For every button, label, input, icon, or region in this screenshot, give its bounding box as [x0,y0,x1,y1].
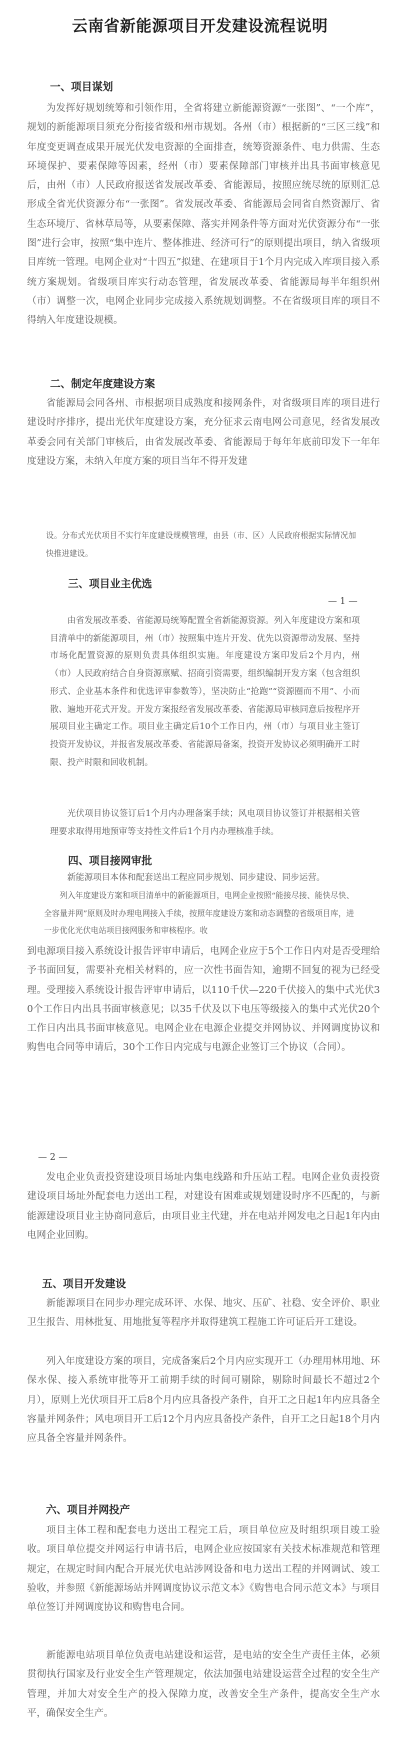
document-page: 云南省新能源项目开发建设流程说明 一、项目谋划 为发挥好规划统筹和引领作用，全省… [0,0,400,1748]
section-heading-1: 一、项目谋划 [50,79,113,94]
section-heading-6: 六、项目并网投产 [46,1502,130,1517]
section-4-paragraph-2: 列入年度建设方案和项目清单中的新能源项目，电网企业按照“能接尽接、能快尽快、全容… [44,887,354,940]
section-2-paragraph-2: 设。分布式光伏项目不实行年度建设规模管理，由县（市、区）人民政府根据实际情况加快… [46,527,356,562]
section-heading-3: 三、项目业主优选 [68,576,152,591]
section-heading-2: 二、制定年度建设方案 [50,376,155,391]
section-4-paragraph-3: 到电源项目接入系统设计报告评审申请后，电网企业应于5个工作日内对是否受理给予书面… [27,942,380,1058]
section-4-paragraph-4: 发电企业负责投资建设项目场址内集电线路和升压站工程。电网企业负责投资建设项目场址… [27,1168,380,1245]
page-number-2: — 2 — [38,1153,67,1163]
section-5-paragraph-1: 新能源项目在同步办理完成环评、水保、地灾、压矿、社稳、安全评价、职业卫生报告、用… [27,1294,380,1333]
section-1-paragraph-1: 为发挥好规划统筹和引领作用，全省将建立新能源资源“一张图”、“一个库”，规划的新… [27,99,380,331]
page-number-1: — 1 — [328,597,357,607]
document-title: 云南省新能源项目开发建设流程说明 [0,14,400,36]
section-4-paragraph-1: 新能源项目本体和配套送出工程应同步规划、同步建设、同步运营。 [50,870,360,888]
section-6-paragraph-1: 项目主体工程和配套电力送出工程完工后，项目单位应及时组织项目竣工验收。项目单位提… [27,1521,380,1617]
section-3-paragraph-1: 由省发展改革委、省能源局统筹配置全省新能源资源。列入年度建设方案和项目清单中的新… [50,613,360,772]
section-6-paragraph-2: 新能源电站项目单位负责电站建设和运营，是电站的安全生产责任主体，必须贯彻执行国家… [27,1646,380,1723]
section-2-paragraph-1: 省能源局会同各州、市根据项目成熟度和接网条件，对省级项目库的项目进行建设时序排序… [27,394,380,471]
section-heading-4: 四、项目接网审批 [68,853,152,868]
section-3-paragraph-2: 光伏项目协议签订后1个月内办理备案手续；风电项目协议签订并根据相关管理要求取得用… [50,806,360,841]
section-5-paragraph-2: 列入年度建设方案的项目，完成备案后2个月内应实现开工（办理用林用地、环保水保、接… [27,1352,380,1448]
section-heading-5: 五、项目开发建设 [42,1276,126,1291]
